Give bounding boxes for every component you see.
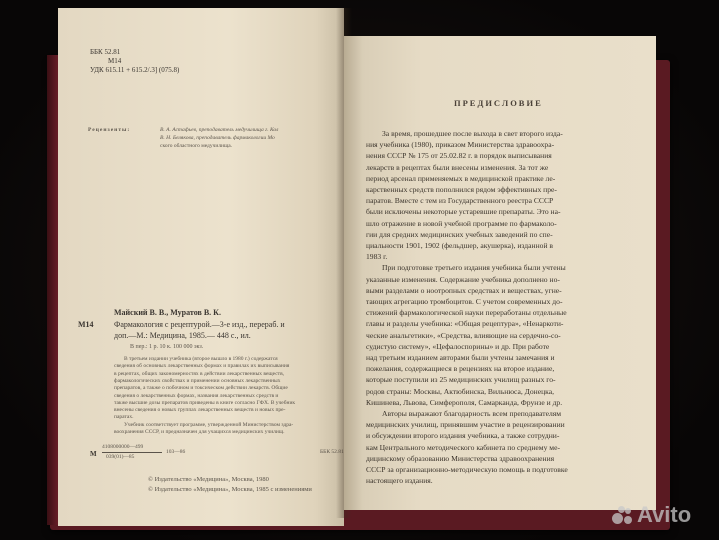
- preface-line: За время, прошедшее после выхода в свет …: [382, 128, 563, 140]
- reviewer-line: В. Н. Белякова, преподаватель фармаколог…: [160, 135, 275, 142]
- index-top: 4108000000—499: [102, 444, 143, 451]
- preface-line: настоящего издания.: [366, 475, 433, 487]
- preface-line: которые поступили из 25 медицинских учил…: [366, 374, 556, 386]
- preface-line: тающих агрегацию тромбоцитов. С учетом с…: [366, 296, 562, 308]
- preface-line: над третьим изданием авторами были учтен…: [366, 352, 555, 364]
- preface-line: медицинских училищ, принявшим участие в …: [366, 419, 565, 431]
- preface-line: ческие анальгетики», «Средства, влияющие…: [366, 330, 561, 342]
- preface-line: выми разделами о ноотропных средствах и …: [366, 285, 562, 297]
- preface-line: циальности 1901, 1902 (фельдшер, акушерк…: [366, 240, 553, 252]
- preface-line: гии для средних медицинских учебных заве…: [366, 229, 553, 241]
- preface-line: 1983 г.: [366, 251, 387, 263]
- left-page: ББК 52.81 М14 УДК 615.11 + 615.2/.3] (07…: [58, 8, 344, 526]
- preface-line: нения СССР № 175 от 25.02.82 г. в порядо…: [366, 150, 552, 162]
- copyright-line: © Издательство «Медицина», Москва, 1980: [148, 476, 269, 483]
- annotation-line: Учебник соответствует программе, утвержд…: [124, 422, 293, 429]
- preface-line: период арсенал применяемых в медицинской…: [366, 173, 555, 185]
- avito-logo-text: Avito: [637, 502, 691, 528]
- preface-line: Авторы выражают благодарность всем препо…: [382, 408, 561, 420]
- index-bottom: 039(01)—85: [106, 454, 134, 461]
- preface-line: кам Центрального методического кабинета …: [366, 442, 560, 454]
- annotation-line: препаратов, а также о побочном и токсиче…: [114, 385, 288, 392]
- book-authors: Майский В. В., Муратов В. К.: [114, 308, 221, 318]
- index-number: 103—86: [166, 449, 185, 456]
- udk-code: УДК 615.11 + 615.2/.3] (075.8): [90, 66, 179, 74]
- annotation-line: внесены сведения о новых группах лекарст…: [114, 407, 285, 414]
- preface-line: ния учебника (1980), приказом Министерст…: [366, 139, 554, 151]
- index-letter: М: [90, 450, 97, 458]
- copyright-line: © Издательство «Медицина», Москва, 1985 …: [148, 486, 312, 493]
- preface-line: Кишинева, Львова, Симферополя, Самарканд…: [366, 397, 562, 409]
- reviewers-label: Рецензенты:: [88, 127, 130, 134]
- preface-line: и обсуждении второго издания учебника, а…: [366, 430, 559, 442]
- preface-line: стижений фармакологической науки перераб…: [366, 307, 567, 319]
- preface-line: лекарств в рецептах были внесены изменен…: [366, 162, 548, 174]
- right-page: ПРЕДИСЛОВИЕ За время, прошедшее после вы…: [344, 36, 656, 510]
- preface-line: СССР за организационно-методическую помо…: [366, 464, 568, 476]
- bbk-code: ББК 52.81: [90, 48, 120, 56]
- preface-line: судистую систему», «Цефалоспорины» и др.…: [366, 341, 549, 353]
- catalog-code: М14: [108, 57, 121, 65]
- catalog-letter: М14: [78, 320, 94, 330]
- avito-watermark: Avito: [612, 502, 691, 528]
- annotation-line: также высшие дозы препаратов приведены в…: [114, 400, 295, 407]
- preface-line: дицинскому образованию Министерства здра…: [366, 453, 554, 465]
- preface-line: При подготовке третьего издания учебника…: [382, 262, 566, 274]
- reviewer-line: ского областного медучилища.: [160, 143, 232, 150]
- preface-line: карственных средств пополнился рядом эфф…: [366, 184, 557, 196]
- preface-line: шло отражение в новой учебной программе …: [366, 218, 557, 230]
- reviewer-line: В. А. Астафьев, преподаватель медучилища…: [160, 127, 278, 134]
- preface-line: указанные изменения. Содержание учебника…: [366, 274, 560, 286]
- annotation-line: воохранения СССР, и предназначен для уча…: [114, 429, 284, 436]
- annotation-line: в рецептах, общих закономерностях в дейс…: [114, 371, 284, 378]
- avito-dots-icon: [612, 506, 634, 524]
- book-title-line: Фармакология с рецептурой.—3-е изд., пер…: [114, 320, 285, 330]
- preface-line: были исключены некоторые устаревшие преп…: [366, 206, 561, 218]
- annotation-line: сведения о лекарственных формах, названи…: [114, 393, 278, 400]
- book-title-line: доп.—М.: Медицина, 1985.— 448 с., ил.: [114, 331, 251, 341]
- price-info: В пер.: 1 р. 10 к. 100 000 экз.: [130, 344, 203, 351]
- annotation-line: сведения об основных лекарственных форма…: [114, 363, 289, 370]
- preface-line: паратов. Вместе с тем из Государственног…: [366, 195, 553, 207]
- preface-heading: ПРЕДИСЛОВИЕ: [454, 98, 543, 108]
- annotation-line: В третьем издании учебника (второе вышло…: [124, 356, 278, 363]
- preface-line: главы и разделы учебника: «Общая рецепту…: [366, 318, 563, 330]
- preface-line: пожелания, содержащиеся в рецензиях на в…: [366, 363, 554, 375]
- annotation-line: паратах.: [114, 414, 133, 421]
- preface-line: родов страны: Москвы, Актюбинска, Вильню…: [366, 386, 554, 398]
- annotation-line: фармакологических свойствах и применении…: [114, 378, 280, 385]
